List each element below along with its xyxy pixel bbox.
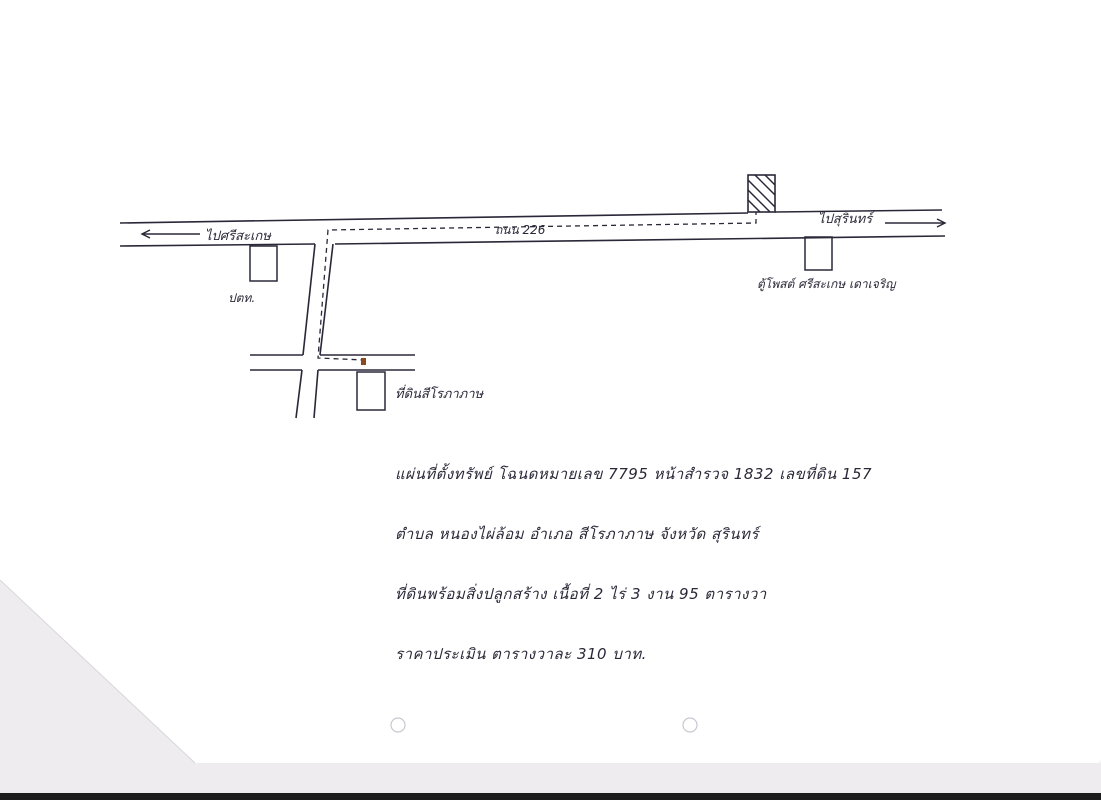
hatched-target-building <box>748 175 775 212</box>
label-land: ที่ดินสีโรภาภาษ <box>395 384 485 402</box>
description-line-2: ตำบล หนองไผ่ล้อม อำเภอ สีโรภาภาษ จังหวัด… <box>395 522 759 546</box>
scanned-document: ไปศรีสะเกษ ถนน 226 ไปสุรินทร์ ปตท. ตู้โพ… <box>0 0 1101 800</box>
label-road-226: ถนน 226 <box>495 223 546 237</box>
label-post-office: ตู้โพสต์ ศรีสะเกษ เดาเจริญ <box>757 277 897 292</box>
label-ptt: ปตท. <box>228 291 255 305</box>
map-sketch: ไปศรีสะเกษ ถนน 226 ไปสุรินทร์ ปตท. ตู้โพ… <box>0 0 1101 800</box>
location-marker-icon <box>361 358 366 365</box>
description-line-4: ราคาประเมิน ตารางวาละ 310 บาท. <box>395 642 647 666</box>
description-line-1: แผ่นที่ตั้งทรัพย์ โฉนดหมายเลข 7795 หน้าส… <box>395 462 872 486</box>
scan-edge <box>0 793 1101 800</box>
label-to-sisaket: ไปศรีสะเกษ <box>205 228 272 244</box>
description-line-3: ที่ดินพร้อมสิ่งปลูกสร้าง เนื้อที่ 2 ไร่ … <box>395 582 767 606</box>
label-to-surin: ไปสุรินทร์ <box>818 211 875 227</box>
